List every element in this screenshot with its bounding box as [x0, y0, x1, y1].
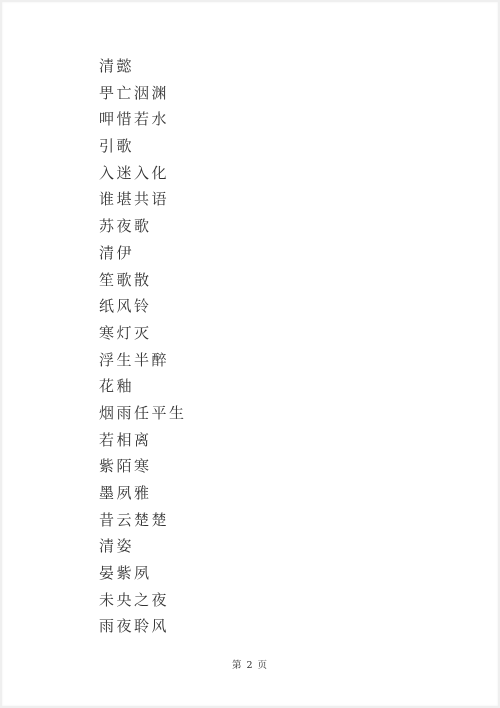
page-number: 第 2 页: [2, 657, 498, 671]
document-page: 清懿甼亡洇渊呷惜若水引歌入迷入化谁堪共语苏夜歌清伊笙歌散纸风铃寒灯灭浮生半醉花釉…: [0, 0, 500, 708]
list-item: 寒灯灭: [99, 324, 458, 351]
list-item: 苏夜歌: [99, 217, 458, 244]
list-item: 若相离: [99, 431, 458, 458]
list-item: 清伊: [99, 244, 458, 271]
list-item: 浮生半醉: [99, 351, 458, 378]
list-item: 昔云楚楚: [99, 511, 458, 538]
list-item: 入迷入化: [99, 164, 458, 191]
list-item: 清懿: [99, 57, 458, 84]
list-item: 甼亡洇渊: [99, 84, 458, 111]
list-item: 引歌: [99, 137, 458, 164]
list-item: 雨夜聆风: [99, 617, 458, 644]
list-item: 笙歌散: [99, 271, 458, 298]
list-item: 清姿: [99, 537, 458, 564]
list-item: 花釉: [99, 377, 458, 404]
list-item: 纸风铃: [99, 297, 458, 324]
list-item: 紫陌寒: [99, 457, 458, 484]
list-item: 呷惜若水: [99, 110, 458, 137]
list-item: 墨夙雅: [99, 484, 458, 511]
name-list: 清懿甼亡洇渊呷惜若水引歌入迷入化谁堪共语苏夜歌清伊笙歌散纸风铃寒灯灭浮生半醉花釉…: [99, 57, 458, 644]
list-item: 烟雨任平生: [99, 404, 458, 431]
list-item: 晏紫夙: [99, 564, 458, 591]
list-item: 未央之夜: [99, 591, 458, 618]
list-item: 谁堪共语: [99, 190, 458, 217]
